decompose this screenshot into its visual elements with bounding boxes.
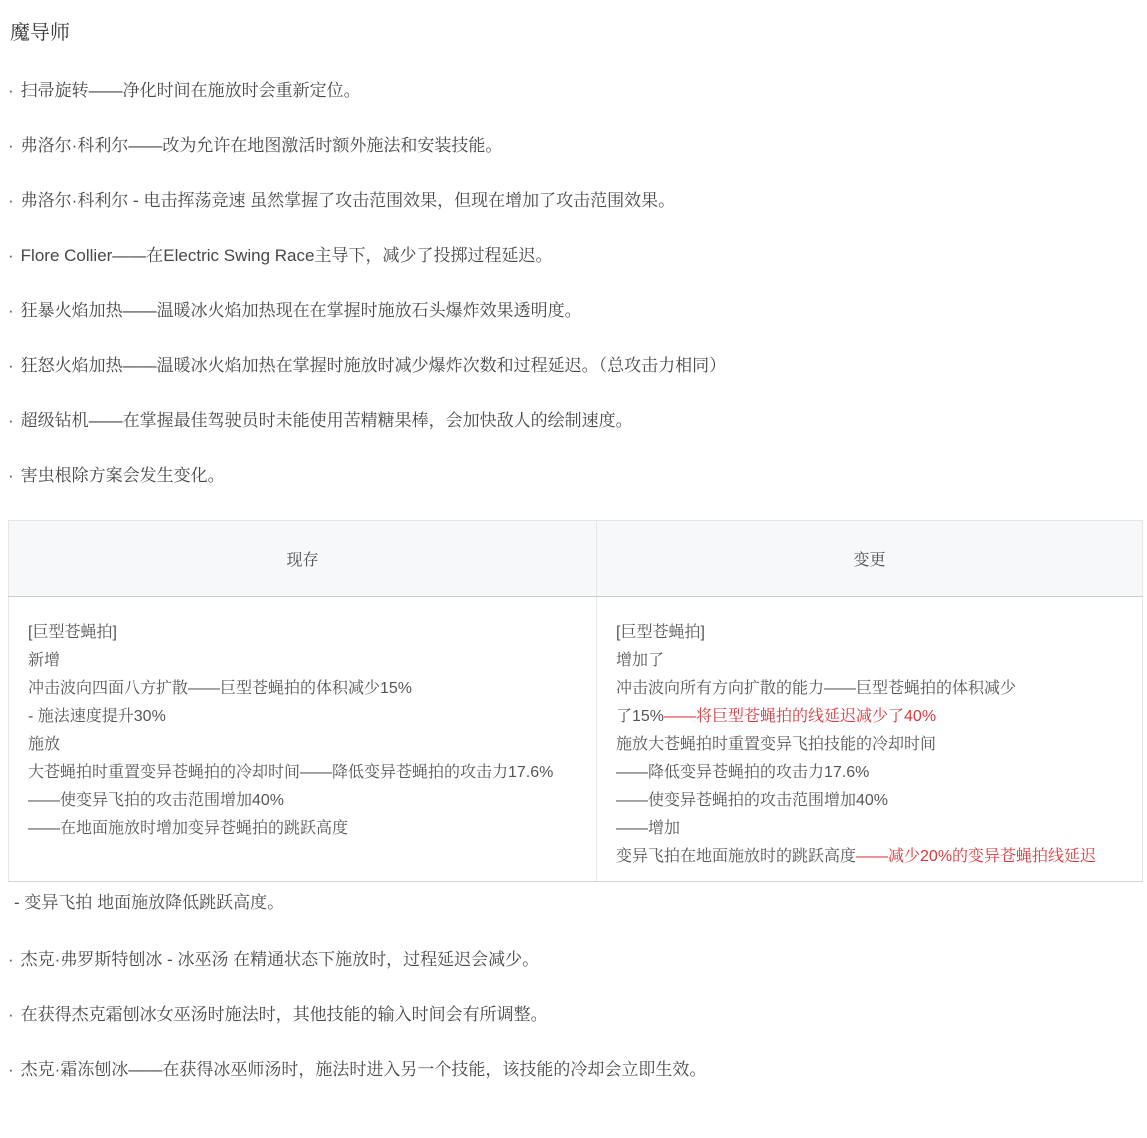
table-body-row: [巨型苍蝇拍]新增冲击波向四面八方扩散——巨型苍蝇拍的体积减少15%- 施法速度… bbox=[9, 597, 1143, 882]
text-run: 冲击波向四面八方扩散——巨型苍蝇拍的体积减少15% bbox=[28, 680, 412, 697]
list-item: ·弗洛尔·科利尔——改为允许在地图激活时额外施法和安装技能。 bbox=[8, 135, 1143, 156]
bullet-marker: · bbox=[8, 1004, 14, 1025]
cell-line: 了15%——将巨型苍蝇拍的线延迟减少了40% bbox=[616, 703, 1124, 731]
cell-line: 增加了 bbox=[616, 647, 1124, 675]
text-run: [巨型苍蝇拍] bbox=[616, 624, 705, 641]
bullet-marker: · bbox=[8, 300, 14, 321]
list-item: ·狂暴火焰加热——温暖冰火焰加热现在在掌握时施放石头爆炸效果透明度。 bbox=[8, 300, 1143, 321]
bullet-marker: · bbox=[8, 135, 14, 156]
cell-line: 施放 bbox=[28, 731, 578, 759]
changed-cell: [巨型苍蝇拍]增加了冲击波向所有方向扩散的能力——巨型苍蝇拍的体积减少了15%—… bbox=[597, 597, 1143, 882]
cell-line: ——使变异苍蝇拍的攻击范围增加40% bbox=[616, 787, 1124, 815]
bullet-marker: · bbox=[8, 410, 14, 431]
list-item-text: 弗洛尔·科利尔 - 电击挥荡竞速 虽然掌握了攻击范围效果，但现在增加了攻击范围效… bbox=[21, 191, 676, 210]
highlight-run-red: ——将巨型苍蝇拍的线延迟减少了40% bbox=[664, 708, 936, 725]
list-item-text: 在获得杰克霜刨冰女巫汤时施法时，其他技能的输入时间会有所调整。 bbox=[21, 1005, 548, 1024]
column-header-changed: 变更 bbox=[597, 521, 1143, 597]
list-item: ·狂怒火焰加热——温暖冰火焰加热在掌握时施放时减少爆炸次数和过程延迟。（总攻击力… bbox=[8, 355, 1143, 376]
text-run: ——使变异飞拍的攻击范围增加40% bbox=[28, 792, 284, 809]
cell-line: ——使变异飞拍的攻击范围增加40% bbox=[28, 787, 578, 815]
cell-line: 新增 bbox=[28, 647, 578, 675]
bullet-marker: · bbox=[8, 190, 14, 211]
existing-cell: [巨型苍蝇拍]新增冲击波向四面八方扩散——巨型苍蝇拍的体积减少15%- 施法速度… bbox=[9, 597, 597, 882]
text-run: 变异飞拍在地面施放时的跳跃高度 bbox=[616, 848, 856, 865]
list-item-text: 狂怒火焰加热——温暖冰火焰加热在掌握时施放时减少爆炸次数和过程延迟。（总攻击力相… bbox=[21, 356, 727, 375]
list-item: ·杰克·弗罗斯特刨冰 - 冰巫汤 在精通状态下施放时，过程延迟会减少。 bbox=[8, 949, 1143, 970]
text-run: 冲击波向所有方向扩散的能力——巨型苍蝇拍的体积减少 bbox=[616, 680, 1016, 697]
text-run: 新增 bbox=[28, 652, 60, 669]
bullet-marker: · bbox=[8, 949, 14, 970]
text-run: ——降低变异苍蝇拍的攻击力17.6% bbox=[616, 764, 869, 781]
list-item: ·害虫根除方案会发生变化。 bbox=[8, 465, 1143, 486]
changes-table: 现存 变更 [巨型苍蝇拍]新增冲击波向四面八方扩散——巨型苍蝇拍的体积减少15%… bbox=[8, 520, 1143, 882]
cell-line: [巨型苍蝇拍] bbox=[616, 619, 1124, 647]
list-item: ·扫帚旋转——净化时间在施放时会重新定位。 bbox=[8, 80, 1143, 101]
list-item-text: 扫帚旋转——净化时间在施放时会重新定位。 bbox=[21, 81, 361, 100]
text-run: 大苍蝇拍时重置变异苍蝇拍的冷却时间——降低变异苍蝇拍的攻击力17.6% bbox=[28, 764, 553, 781]
bullet-list-top: ·扫帚旋转——净化时间在施放时会重新定位。·弗洛尔·科利尔——改为允许在地图激活… bbox=[8, 80, 1143, 486]
bullet-marker: · bbox=[8, 80, 14, 101]
list-item-text: 弗洛尔·科利尔——改为允许在地图激活时额外施法和安装技能。 bbox=[21, 136, 503, 155]
cell-line: 冲击波向四面八方扩散——巨型苍蝇拍的体积减少15% bbox=[28, 675, 578, 703]
text-run: 施放 bbox=[28, 736, 60, 753]
text-run: - 施法速度提升30% bbox=[28, 708, 166, 725]
list-item-text: 杰克·弗罗斯特刨冰 - 冰巫汤 在精通状态下施放时，过程延迟会减少。 bbox=[21, 950, 540, 969]
page-title: 魔导师 bbox=[10, 20, 1143, 46]
cell-line: 冲击波向所有方向扩散的能力——巨型苍蝇拍的体积减少 bbox=[616, 675, 1124, 703]
list-item-text: 超级钻机——在掌握最佳驾驶员时未能使用苦精糖果棒，会加快敌人的绘制速度。 bbox=[21, 411, 633, 430]
cell-line: [巨型苍蝇拍] bbox=[28, 619, 578, 647]
bullet-marker: · bbox=[8, 1059, 14, 1080]
cell-line: ——在地面施放时增加变异苍蝇拍的跳跃高度 bbox=[28, 815, 578, 843]
cell-line: ——降低变异苍蝇拍的攻击力17.6% bbox=[616, 759, 1124, 787]
table-footnote: - 变异飞拍 地面施放降低跳跃高度。 bbox=[8, 892, 1143, 913]
list-item-text: 杰克·霜冻刨冰——在获得冰巫师汤时，施法时进入另一个技能，该技能的冷却会立即生效… bbox=[21, 1060, 707, 1079]
cell-line: 大苍蝇拍时重置变异苍蝇拍的冷却时间——降低变异苍蝇拍的攻击力17.6% bbox=[28, 759, 578, 787]
cell-line: 施放大苍蝇拍时重置变异飞拍技能的冷却时间 bbox=[616, 731, 1124, 759]
cell-line: 变异飞拍在地面施放时的跳跃高度——减少20%的变异苍蝇拍线延迟 bbox=[616, 843, 1124, 871]
bullet-marker: · bbox=[8, 245, 14, 266]
list-item: ·在获得杰克霜刨冰女巫汤时施法时，其他技能的输入时间会有所调整。 bbox=[8, 1004, 1143, 1025]
cell-line: - 施法速度提升30% bbox=[28, 703, 578, 731]
cell-line: ——增加 bbox=[616, 815, 1124, 843]
list-item-text: 狂暴火焰加热——温暖冰火焰加热现在在掌握时施放石头爆炸效果透明度。 bbox=[21, 301, 582, 320]
text-run: ——在地面施放时增加变异苍蝇拍的跳跃高度 bbox=[28, 820, 348, 837]
list-item: ·超级钻机——在掌握最佳驾驶员时未能使用苦精糖果棒，会加快敌人的绘制速度。 bbox=[8, 410, 1143, 431]
bullet-marker: · bbox=[8, 465, 14, 486]
bullet-list-bottom: ·杰克·弗罗斯特刨冰 - 冰巫汤 在精通状态下施放时，过程延迟会减少。·在获得杰… bbox=[8, 949, 1143, 1080]
text-run: ——增加 bbox=[616, 820, 680, 837]
column-header-existing: 现存 bbox=[9, 521, 597, 597]
text-run: 施放大苍蝇拍时重置变异飞拍技能的冷却时间 bbox=[616, 736, 936, 753]
list-item-text: Flore Collier——在Electric Swing Race主导下，减… bbox=[21, 246, 553, 265]
list-item: ·Flore Collier——在Electric Swing Race主导下，… bbox=[8, 245, 1143, 266]
table-header-row: 现存 变更 bbox=[9, 521, 1143, 597]
highlight-run-red: ——减少20%的变异苍蝇拍线延迟 bbox=[856, 848, 1096, 865]
list-item: ·弗洛尔·科利尔 - 电击挥荡竞速 虽然掌握了攻击范围效果，但现在增加了攻击范围… bbox=[8, 190, 1143, 211]
patch-notes-page: 魔导师 ·扫帚旋转——净化时间在施放时会重新定位。·弗洛尔·科利尔——改为允许在… bbox=[0, 0, 1147, 1138]
list-item-text: 害虫根除方案会发生变化。 bbox=[21, 466, 225, 485]
text-run: 增加了 bbox=[616, 652, 664, 669]
text-run: 了15% bbox=[616, 708, 664, 725]
bullet-marker: · bbox=[8, 355, 14, 376]
list-item: ·杰克·霜冻刨冰——在获得冰巫师汤时，施法时进入另一个技能，该技能的冷却会立即生… bbox=[8, 1059, 1143, 1080]
text-run: [巨型苍蝇拍] bbox=[28, 624, 117, 641]
text-run: ——使变异苍蝇拍的攻击范围增加40% bbox=[616, 792, 888, 809]
